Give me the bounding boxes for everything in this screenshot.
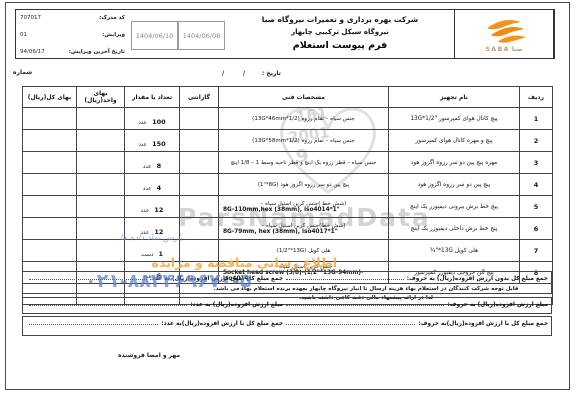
- plant-name: نیروگاه سیکل ترکیبی چابهار: [226, 28, 454, 36]
- fill-in-dots: [29, 274, 147, 280]
- doc-last-edit-label: تاریخ آخرین ویرایش:: [69, 49, 125, 55]
- row-number: 4: [520, 174, 553, 196]
- total-without-vat-line: جمع مبلغ کل بدون ارزش افزوده(ریال) به حر…: [26, 274, 548, 282]
- equipment-specs: پیچ پین دو سر رزوه اگزوز هود ‎(1"*8G)‎: [219, 174, 389, 196]
- total-without-vat-words-label: جمع مبلغ کل بدون ارزش افزوده(ریال) به حر…: [407, 276, 548, 282]
- company-name: شرکت بهره برداری و تعمیرات نیروگاه صبا: [226, 15, 454, 24]
- quantity-value: 8: [157, 162, 162, 170]
- equipment-specs: جنس سیاه – قطر رزوه یک اینچ و قطر ناحیه …: [219, 152, 389, 174]
- total-with-vat-box: جمع مبلغ کل با ارزش افزوده(ریال)به حروف:…: [22, 316, 552, 336]
- form-header: کد مدرک: 707017 ویرایش: 01 تاریخ آخرین و…: [15, 9, 555, 59]
- specs-line1: جنس سیاه – تمام رزوه ‎(13G*58mm*1/2)‎: [221, 138, 386, 144]
- total-price-cell: [23, 240, 77, 262]
- quantity-unit: عدد: [143, 186, 152, 192]
- col-header-unit-price: بهای واحد(ریال): [77, 87, 125, 108]
- form-title: فرم پیوست استعلام: [226, 40, 454, 51]
- equipment-name: پیچ پین دو سر رزوه اگزوز هود: [389, 174, 520, 196]
- unit-price-cell: [77, 174, 125, 196]
- quantity-value: 12: [154, 228, 163, 236]
- col-header-warranty: گارانتی: [180, 87, 219, 108]
- total-with-vat-line: جمع مبلغ کل با ارزش افزوده(ریال)به حروف:…: [26, 319, 548, 327]
- vat-amount-box: مبلغ ارزش افزوده(ریال) به حروف: مبلغ ارز…: [22, 297, 552, 314]
- doc-code-value: 707017: [20, 15, 41, 21]
- equipment-specs: (شش خط )جنس کرین استیل سیاه – 8G-110mm,h…: [219, 196, 389, 218]
- warranty-cell: [180, 196, 219, 218]
- fill-in-dots: [286, 319, 415, 325]
- doc-last-edit-value: 94/06/17: [20, 49, 45, 55]
- unit-price-cell: [77, 196, 125, 218]
- unit-price-cell: [77, 108, 125, 130]
- quantity-unit: عدد: [141, 208, 150, 214]
- quantity-cell: 1 دست: [125, 240, 180, 262]
- warranty-cell: [180, 108, 219, 130]
- quantity-cell: 150 عدد: [125, 130, 180, 152]
- quantity-cell: 8 عدد: [125, 152, 180, 174]
- quantity-unit: عدد: [143, 164, 152, 170]
- row-number: 1: [520, 108, 553, 130]
- total-with-vat-words-label: جمع مبلغ کل با ارزش افزوده(ریال)به حروف:: [418, 321, 548, 327]
- specs-line1: جنس سیاه – قطر رزوه یک اینچ و قطر ناحیه …: [221, 160, 386, 166]
- specs-line1: پیچ پین دو سر رزوه اگزوز هود ‎(1"*8G)‎: [221, 182, 386, 188]
- doc-last-edit-row: تاریخ آخرین ویرایش: 94/06/17: [20, 49, 125, 55]
- equipment-specs: جنس سیاه – تمام رزوه ‎(13G*46mm*1/2)‎: [219, 108, 389, 130]
- row-number: 7: [520, 240, 553, 262]
- row-number: 5: [520, 196, 553, 218]
- quantity-value: 1: [159, 250, 164, 258]
- total-price-cell: [23, 218, 77, 240]
- unit-price-cell: [77, 130, 125, 152]
- quantity-value: 100: [152, 118, 166, 126]
- col-header-specs: مشخصات فنی: [219, 87, 389, 108]
- unit-price-cell: [77, 240, 125, 262]
- fill-in-dots: [286, 300, 444, 306]
- scanned-form-page: ParsNamadData 161 2001 9 اطلاع رسانی منا…: [0, 0, 576, 402]
- doc-revision-label: ویرایش:: [102, 32, 125, 38]
- equipment-name: پیچ خط برش بیرونی دیفیوزر یک اینچ: [389, 196, 520, 218]
- quantity-cell: 4 عدد: [125, 174, 180, 196]
- table-row: 4 پیچ پین دو سر رزوه اگزوز هود پیچ پین د…: [23, 174, 553, 196]
- fill-in-dots: [286, 274, 404, 280]
- warranty-cell: [180, 130, 219, 152]
- total-price-cell: [23, 108, 77, 130]
- header-titles: شرکت بهره برداری و تعمیرات نیروگاه صبا ن…: [226, 10, 454, 58]
- saba-logo: صبا SABA: [454, 10, 554, 58]
- specs-line2: 8G-79mm, hex (38mm), iso4017*1": [221, 229, 386, 235]
- doc-revision-value: 01: [20, 32, 27, 38]
- document-info-box: کد مدرک: 707017 ویرایش: 01 تاریخ آخرین و…: [16, 10, 131, 58]
- quantity-value: 150: [152, 140, 166, 148]
- col-header-total-price: بهای کل(ریال): [23, 87, 77, 108]
- equipment-name: پیچ کانال هوای کمپرسور ‎13G*1/2"‎: [389, 108, 520, 130]
- row-number: 3: [520, 152, 553, 174]
- table-row: 7 هلی کویل ‎¾"*13G‎ هلی کویل ‎(1/2"*13G)…: [23, 240, 553, 262]
- unit-price-cell: [77, 152, 125, 174]
- quantity-unit: عدد: [141, 230, 150, 236]
- row-number: 6: [520, 218, 553, 240]
- date-fill-line: تاریخ : / /: [222, 70, 281, 77]
- table-header-row: ردیف نام تجهیز مشخصات فنی گارانتی تعداد …: [23, 87, 553, 108]
- table-row: 5 پیچ خط برش بیرونی دیفیوزر یک اینچ (شش …: [23, 196, 553, 218]
- col-header-equipment-name: نام تجهیز: [389, 87, 520, 108]
- fill-in-dots: [29, 319, 158, 325]
- vat-amount-words-label: مبلغ ارزش افزوده(ریال) به حروف:: [447, 302, 548, 308]
- warranty-cell: [180, 152, 219, 174]
- equipment-name: مهره پیچ پین دو سر رزوه اگزوز هود: [389, 152, 520, 174]
- total-price-cell: [23, 174, 77, 196]
- saba-logo-text: صبا SABA: [486, 46, 523, 53]
- quantity-value: 4: [157, 184, 162, 192]
- total-price-cell: [23, 130, 77, 152]
- quantity-cell: 12 عدد: [125, 196, 180, 218]
- warranty-cell: [180, 218, 219, 240]
- col-header-quantity: تعداد یا مقدار: [125, 87, 180, 108]
- table-row: 2 پیچ و مهره کانال هوای کمپرسور جنس سیاه…: [23, 130, 553, 152]
- saba-logo-icon: [472, 15, 536, 45]
- specs-line1: جنس سیاه – تمام رزوه ‎(13G*46mm*1/2)‎: [221, 116, 386, 122]
- quantity-unit: عدد: [138, 142, 147, 148]
- vat-amount-line: مبلغ ارزش افزوده(ریال) به حروف: مبلغ ارز…: [26, 300, 548, 308]
- fill-in-dots: [29, 300, 187, 306]
- table-row: 6 پیچ خط برش داخلی دیفیوزر یک اینچ (شش خ…: [23, 218, 553, 240]
- total-price-cell: [23, 152, 77, 174]
- row-number: 2: [520, 130, 553, 152]
- equipment-name: هلی کویل ‎¾"*13G‎: [389, 240, 520, 262]
- total-price-cell: [23, 196, 77, 218]
- unit-price-cell: [77, 218, 125, 240]
- table-row: 3 مهره پیچ پین دو سر رزوه اگزوز هود جنس …: [23, 152, 553, 174]
- equipment-specs: هلی کویل ‎(1/2"*13G)‎: [219, 240, 389, 262]
- number-label: شماره: [13, 69, 32, 76]
- warranty-cell: [180, 174, 219, 196]
- table-row: 1 پیچ کانال هوای کمپرسور ‎13G*1/2"‎ جنس …: [23, 108, 553, 130]
- doc-code-label: کد مدرک:: [99, 15, 125, 21]
- header-dates: 1404/06/10 1404/06/08: [131, 10, 226, 58]
- quantity-unit: دست: [141, 252, 153, 258]
- doc-code-row: کد مدرک: 707017: [20, 15, 125, 21]
- header-date-left: 1404/06/10: [131, 21, 178, 50]
- header-date-right: 1404/06/08: [178, 21, 225, 50]
- doc-revision-row: ویرایش: 01: [20, 32, 125, 38]
- equipment-name: پیچ خط برش داخلی دیفیوزر یک اینچ: [389, 218, 520, 240]
- quantity-unit: عدد: [138, 120, 147, 126]
- total-without-vat-digits-label: جمع مبلغ کل بدون ارزش افزوده(ریال) به عد…: [150, 276, 283, 282]
- equipment-specs: جنس سیاه – تمام رزوه ‎(13G*58mm*1/2)‎: [219, 130, 389, 152]
- vat-amount-digits-label: مبلغ ارزش افزوده(ریال) به عدد:: [190, 302, 283, 308]
- warranty-cell: [180, 240, 219, 262]
- specs-line1: هلی کویل ‎(1/2"*13G)‎: [221, 248, 386, 254]
- equipment-specs: (شش خط)جنس کرین استیل سیاه – 8G-79mm, he…: [219, 218, 389, 240]
- total-without-vat-box: جمع مبلغ کل بدون ارزش افزوده(ریال) به حر…: [22, 271, 552, 294]
- specs-line2: 8G-110mm,hex (38mm), iso4014*1": [221, 207, 386, 213]
- total-with-vat-digits-label: جمع مبلغ کل با ارزش افزوده(ریال)به عدد:: [161, 321, 283, 327]
- seller-signature-label: مهر و امضا فروشنده: [118, 352, 180, 359]
- quantity-cell: 12 عدد: [125, 218, 180, 240]
- col-header-row-number: ردیف: [520, 87, 553, 108]
- quantity-value: 12: [154, 206, 163, 214]
- quantity-cell: 100 عدد: [125, 108, 180, 130]
- equipment-name: پیچ و مهره کانال هوای کمپرسور: [389, 130, 520, 152]
